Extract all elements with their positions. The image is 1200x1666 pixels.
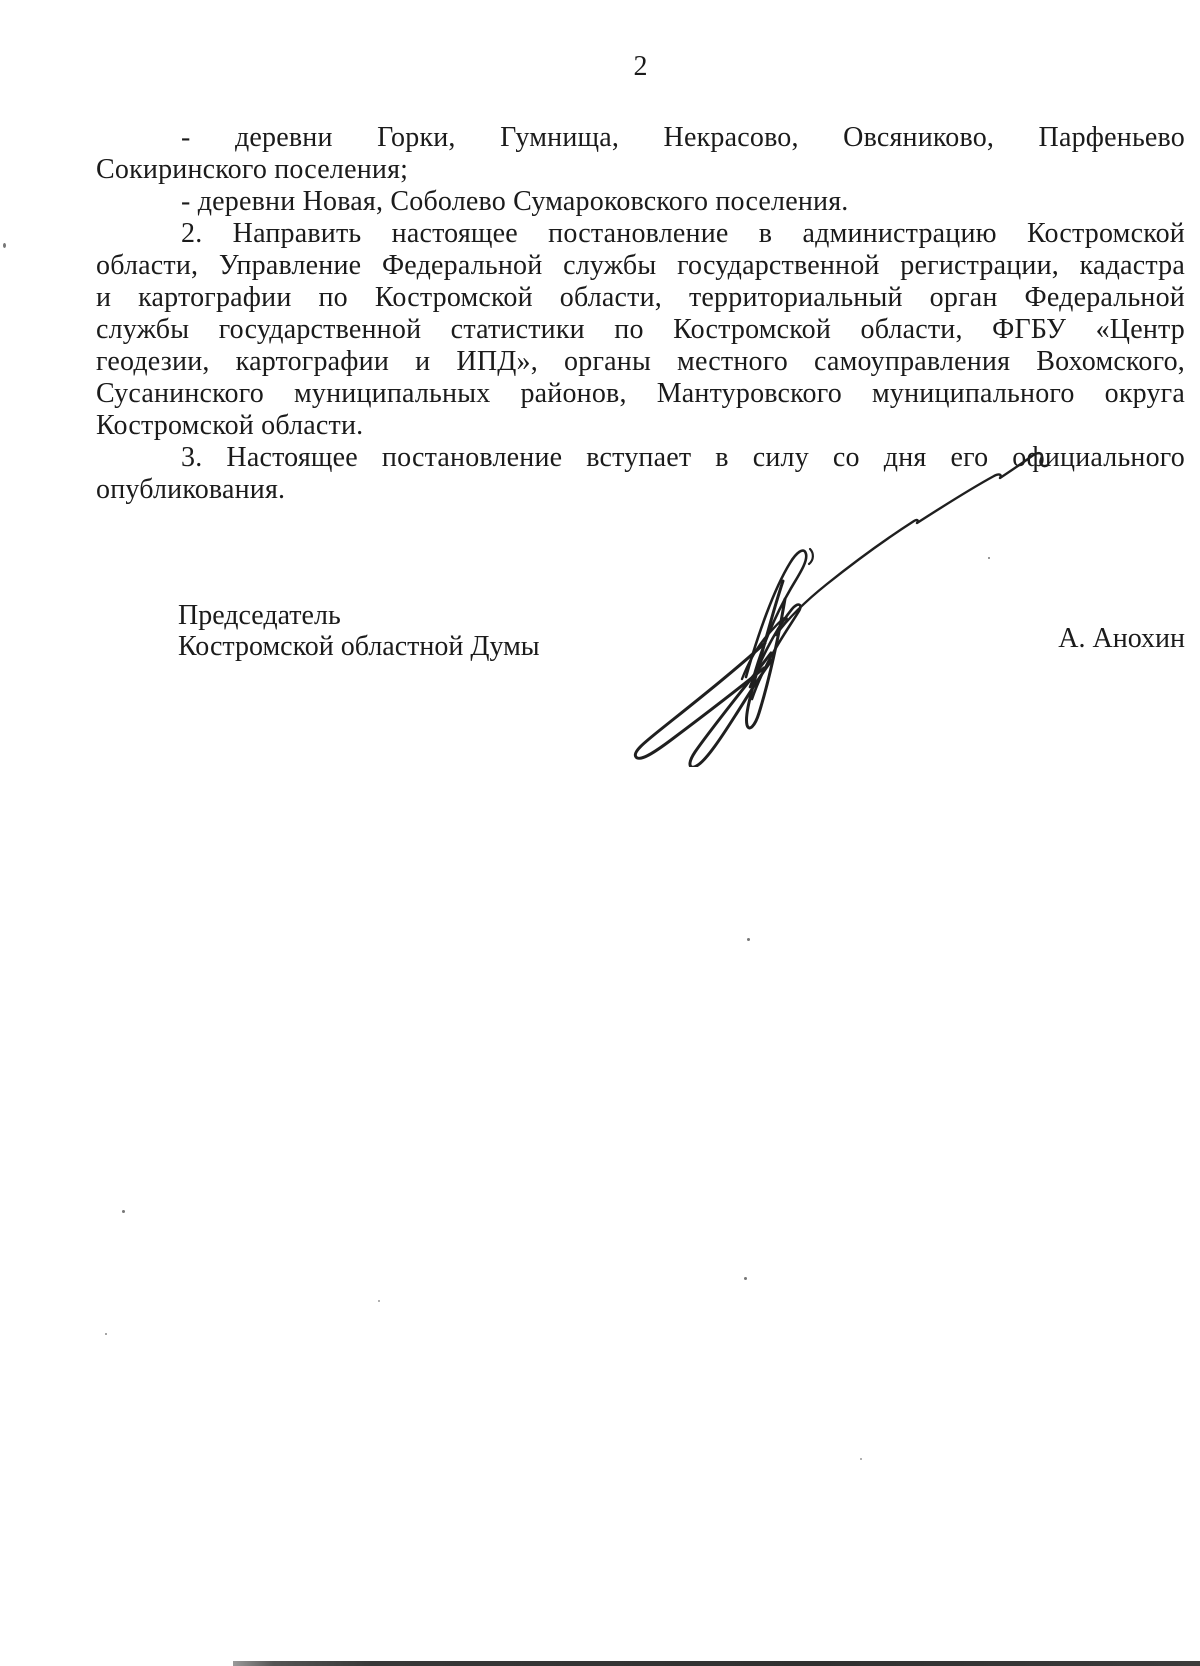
document-page: 2 - деревни Горки, Гумнища, Некрасово, О… xyxy=(0,0,1200,1666)
signature-title-block: Председатель Костромской областной Думы xyxy=(178,600,540,662)
scan-speck xyxy=(747,938,750,941)
signature-stroke xyxy=(809,549,813,564)
body-line: и картографии по Костромской области, те… xyxy=(96,282,1185,314)
body-line: геодезии, картографии и ИПД», органы мес… xyxy=(96,346,1185,378)
page-number: 2 xyxy=(96,52,1185,82)
body-line: области, Управление Федеральной службы г… xyxy=(96,250,1185,282)
scan-speck xyxy=(378,1300,380,1302)
signature-title: Председатель xyxy=(178,600,540,631)
scan-speck xyxy=(744,1277,747,1280)
signature-org: Костромской областной Думы xyxy=(178,631,540,662)
scan-edge-artifact xyxy=(233,1661,1200,1666)
body-line: службы государственной статистики по Кос… xyxy=(96,314,1185,346)
body-line: Сусанинского муниципальных районов, Мант… xyxy=(96,378,1185,410)
body-line: - деревни Новая, Соболево Сумароковского… xyxy=(96,186,1185,218)
handwritten-signature xyxy=(595,437,1055,767)
scan-speck xyxy=(105,1333,107,1335)
body-line: 2. Направить настоящее постановление в а… xyxy=(96,218,1185,250)
body-line: - деревни Горки, Гумнища, Некрасово, Овс… xyxy=(96,122,1185,154)
scan-speck xyxy=(988,557,990,559)
scan-speck xyxy=(860,1458,862,1460)
body-line: Сокиринского поселения; xyxy=(96,154,1185,186)
scan-speck xyxy=(122,1210,125,1213)
scan-speck xyxy=(3,243,6,248)
